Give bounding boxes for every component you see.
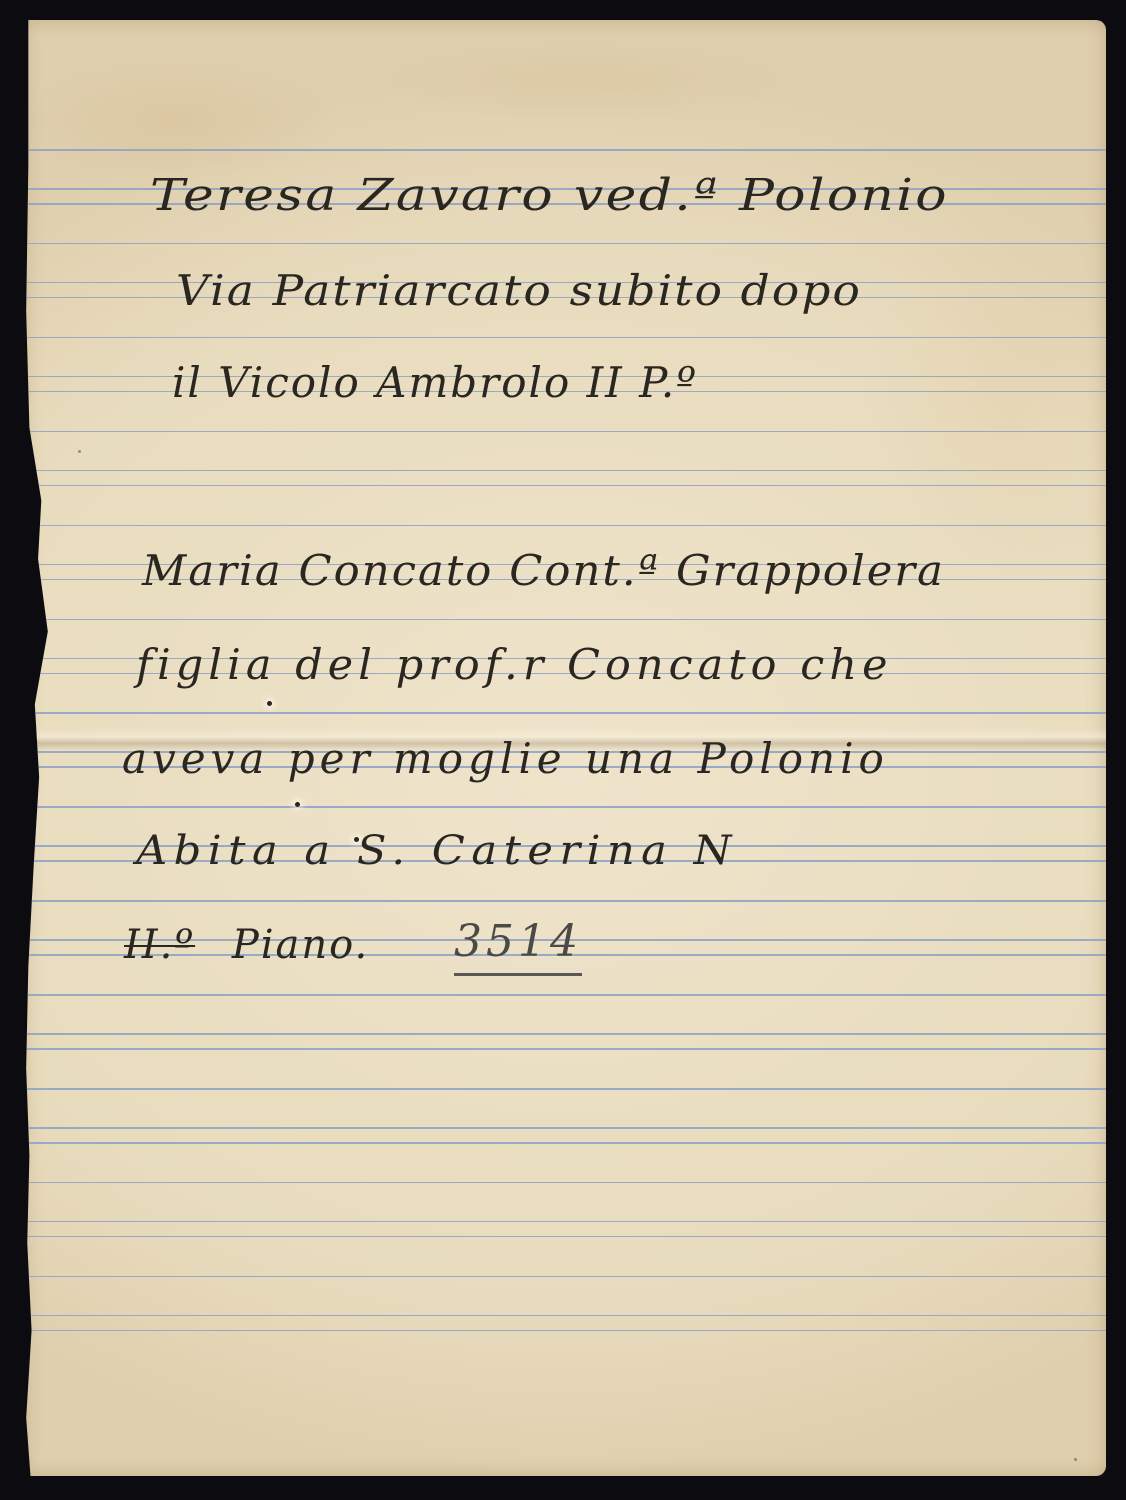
ruled-line xyxy=(24,1033,1106,1035)
ruled-line xyxy=(24,1182,1106,1184)
paper-pinhole xyxy=(267,701,272,706)
ruled-line xyxy=(24,470,1106,472)
struck-floor-number: II.º xyxy=(124,922,195,968)
ruled-line xyxy=(24,337,1106,339)
handwritten-line-3: il Vicolo Ambrolo II P.º xyxy=(172,358,698,407)
ruled-line xyxy=(24,1088,1106,1090)
paper-speck xyxy=(78,450,81,453)
ruled-line xyxy=(24,485,1106,487)
handwritten-line-4: Maria Concato Cont.ª Grappolera xyxy=(142,546,945,595)
ruled-line xyxy=(24,1142,1106,1144)
ruled-line xyxy=(24,1048,1106,1050)
ruled-line xyxy=(24,1127,1106,1129)
handwritten-line-6: aveva per moglie una Polonio xyxy=(122,734,889,783)
ruled-line xyxy=(24,1276,1106,1278)
ruled-line xyxy=(24,994,1106,996)
ruled-line xyxy=(24,525,1106,527)
ruled-line xyxy=(24,1315,1106,1317)
pencil-annotation-number: 3514 xyxy=(454,916,582,976)
handwritten-line-1: Teresa Zavaro ved.ª Polonio xyxy=(150,170,949,221)
ruled-line xyxy=(24,619,1106,621)
ruled-line xyxy=(24,1330,1106,1332)
floor-word: Piano. xyxy=(232,922,369,968)
ruled-line xyxy=(24,431,1106,433)
handwritten-line-5: figlia del prof.r Concato che xyxy=(136,640,893,689)
handwritten-line-2: Via Patriarcato subito dopo xyxy=(176,266,862,315)
ruled-line xyxy=(24,149,1106,151)
ruled-line xyxy=(24,243,1106,245)
ruled-line xyxy=(24,806,1106,808)
ruled-line xyxy=(24,900,1106,902)
ruled-line xyxy=(24,1221,1106,1223)
ruled-line xyxy=(24,712,1106,714)
ruled-line xyxy=(24,1236,1106,1238)
paper-speck xyxy=(1074,1458,1077,1461)
handwritten-line-8: II.º Piano. xyxy=(124,922,369,968)
paper-pinhole xyxy=(295,802,300,807)
handwritten-line-7: Abita a S. Caterina N xyxy=(136,828,738,874)
paper-sheet: Teresa Zavaro ved.ª Polonio Via Patriarc… xyxy=(24,20,1106,1476)
